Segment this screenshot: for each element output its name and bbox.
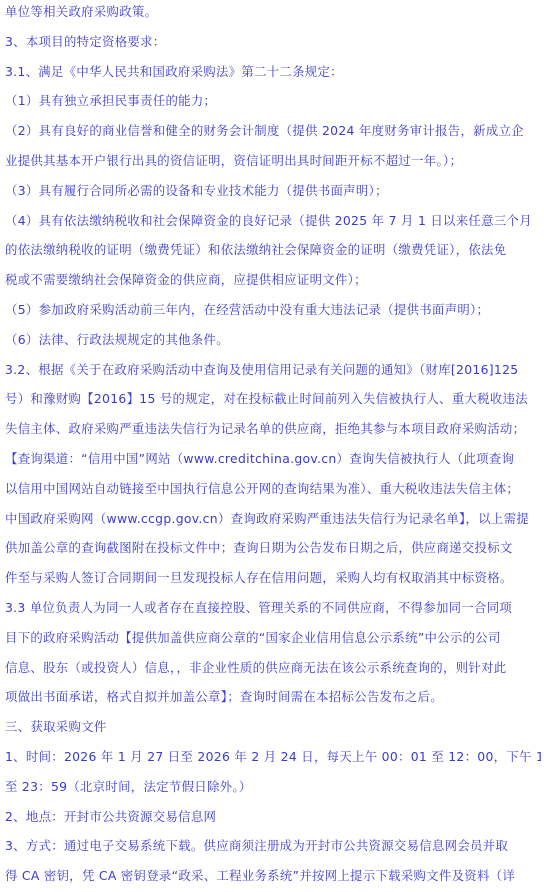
text-line: 供加盖公章的查询截图附在投标文件中；查询日期为公告发布日期之后，供应商递交投标文: [5, 533, 541, 563]
text-line: 件至与采购人签订合同期间一旦发现投标人存在信用问题，采购人均有权取消其中标资格。: [5, 563, 541, 593]
text-line: 税或不需要缴纳社会保障资金的供应商，应提供相应证明文件）；: [5, 265, 541, 295]
list-item: 1、时间：2026 年 1 月 27 日至 2026 年 2 月 24 日，每天…: [5, 742, 541, 772]
text-line: 失信主体、政府采购严重违法失信行为记录名单的供应商，拒绝其参与本项目政府采购活动…: [5, 414, 541, 444]
text-line: 号）和豫财购【2016】15 号的规定，对在投标截止时间前列入失信被执行人、重大…: [5, 384, 541, 414]
text-line: 3.3 单位负责人为同一人或者存在直接控股、管理关系的不同供应商，不得参加同一合…: [5, 593, 541, 623]
list-item: （2）具有良好的商业信誉和健全的财务会计制度（提供 2024 年度财务审计报告，…: [5, 116, 541, 146]
list-item: 3、方式：通过电子交易系统下载。供应商须注册成为开封市公共资源交易信息网会员并取: [5, 831, 541, 861]
list-item: 2、地点：开封市公共资源交易信息网: [5, 802, 541, 832]
text-line: 3.2、根据《关于在政府采购活动中查询及使用信用记录有关问题的通知》（财库[20…: [5, 355, 541, 385]
document-body: 单位等相关政府采购政策。 3、本项目的特定资格要求： 3.1、满足《中华人民共和…: [5, 0, 541, 891]
section-heading: 三、获取采购文件: [5, 712, 541, 742]
text-line: 至 23：59（北京时间，法定节假日除外。）: [5, 772, 541, 802]
list-item: （6）法律、行政法规规定的其他条件。: [5, 325, 541, 355]
list-item: （3）具有履行合同所必需的设备和专业技术能力（提供书面声明）；: [5, 176, 541, 206]
text-line: 得 CA 密钥，凭 CA 密钥登录“政采、工程业务系统”并按网上提示下载采购文件…: [5, 861, 541, 891]
text-line: 中国政府采购网（www.ccgp.gov.cn）查询政府采购严重违法失信行为记录…: [5, 504, 541, 534]
text-line: 目下的政府采购活动【提供加盖供应商公章的“国家企业信用信息公示系统”中公示的公司: [5, 623, 541, 653]
list-item: （1）具有独立承担民事责任的能力；: [5, 86, 541, 116]
text-line: 以信用中国网站自动链接至中国执行信息公开网的查询结果为准）、重大税收违法失信主体…: [5, 474, 541, 504]
text-line: 3.1、满足《中华人民共和国政府采购法》第二十二条规定：: [5, 57, 541, 87]
text-line: 【查询渠道：“信用中国”网站（www.creditchina.gov.cn）查询…: [5, 444, 541, 474]
text-line: 的依法缴纳税收的证明（缴费凭证）和依法缴纳社会保障资金的证明（缴费凭证），依法免: [5, 235, 541, 265]
list-item: （4）具有依法缴纳税收和社会保障资金的良好记录（提供 2025 年 7 月 1 …: [5, 206, 541, 236]
text-line: 单位等相关政府采购政策。: [5, 0, 541, 27]
text-line: 信息、股东（或投资人）信息，，非企业性质的供应商无法在该公示系统查询的，则针对此: [5, 653, 541, 683]
text-line: 业提供其基本开户银行出具的资信证明，资信证明出具时间距开标不超过一年。）；: [5, 146, 541, 176]
list-item: （5）参加政府采购活动前三年内，在经营活动中没有重大违法记录（提供书面声明）；: [5, 295, 541, 325]
section-heading: 3、本项目的特定资格要求：: [5, 27, 541, 57]
text-line: 项做出书面承诺，格式自拟并加盖公章】；查询时间需在本招标公告发布之后。: [5, 682, 541, 712]
